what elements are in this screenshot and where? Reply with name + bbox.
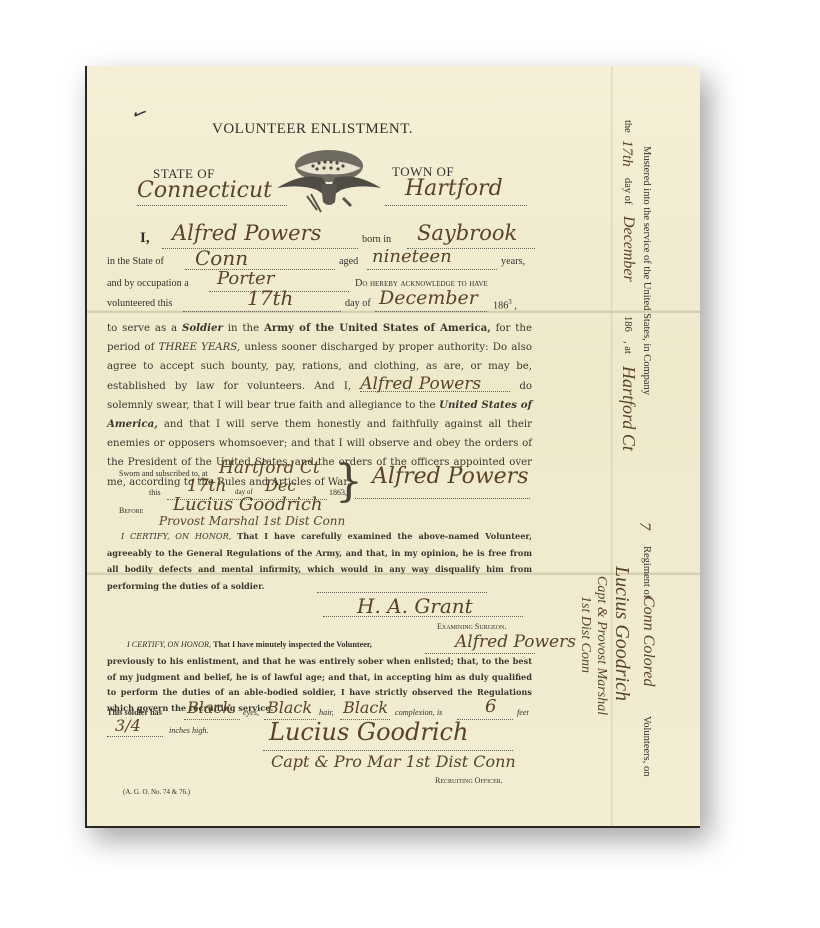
volunteers-label: Volunteers, on (641, 716, 652, 776)
town-value: Hartford (405, 176, 503, 201)
regiment-label: Regiment of (641, 546, 652, 598)
feet-label: feet (517, 708, 529, 717)
surgeon-signature: H. A. Grant (357, 594, 473, 618)
officer-certify-lead: I CERTIFY, ON HONOR, (127, 640, 211, 649)
margin-signature: Lucius Goodrich (610, 566, 633, 701)
officer-signature-line (263, 750, 513, 751)
eagle-shield-icon (277, 148, 381, 214)
officer-rank: Capt & Pro Mar 1st Dist Conn (271, 752, 516, 771)
aged-label: aged (339, 256, 358, 267)
before-signature: Lucius Goodrich (173, 494, 323, 515)
complexion-label: complexion, is (395, 708, 442, 717)
check-mark-icon: ✓ (128, 102, 152, 128)
margin-signature-title-1: Capt & Provost Marshal (593, 576, 609, 715)
form-code: (A. G. O. No. 74 & 76.) (123, 788, 190, 796)
year-suffix: 3 (508, 298, 512, 306)
name-underline (162, 248, 358, 249)
inspected-volunteer: Alfred Powers (455, 632, 576, 652)
aged-value: nineteen (372, 246, 452, 267)
regiment-number: 7 (635, 522, 653, 530)
soldier-text: Soldier (182, 322, 223, 334)
army-text: Army of the United States of America, (264, 322, 491, 334)
state-underline (137, 205, 287, 206)
margin-year: 186 (622, 316, 633, 332)
margin-signature-title-2: 1st Dist Conn (577, 596, 593, 673)
born-in-value: Saybrook (417, 221, 517, 245)
eyes-value: Black (187, 698, 232, 717)
serve-text-2: in the (228, 323, 259, 334)
month-underline (375, 311, 487, 312)
occupation-label: and by occupation a (107, 278, 189, 289)
day-of-label: day of (345, 298, 371, 309)
sworn-this-label: this (149, 488, 161, 497)
volunteer-signature: Alfred Powers (372, 464, 529, 489)
surgeon-certificate: I CERTIFY, ON HONOR, That I have careful… (107, 528, 532, 594)
document-title: VOLUNTEER ENLISTMENT. (212, 121, 413, 138)
inches-label: inches high. (169, 726, 209, 735)
officer-certificate-text: previously to his enlistment, and that h… (107, 654, 532, 716)
i-label: I, (140, 230, 150, 247)
three-years-text: THREE YEARS, (159, 342, 240, 353)
surgeon-signature-line (323, 616, 523, 617)
town-underline (385, 205, 527, 206)
before-label: Before (119, 506, 143, 515)
regiment-state: Conn Colored (639, 596, 657, 687)
state-value: Connecticut (137, 178, 272, 203)
sworn-day: 17th (187, 476, 226, 496)
margin-month: December (619, 216, 637, 282)
margin-at-label: , at (622, 341, 633, 354)
sworn-place: Hartford Ct (219, 458, 320, 478)
surgeon-top-line (317, 592, 487, 593)
year-printed: 1863 , (493, 298, 517, 311)
inches-value: 3/4 (115, 716, 141, 735)
enlistment-document: ✓ VOLUNTEER ENLISTMENT. STATE OF TOWN OF… (85, 66, 700, 828)
serve-text: to serve as a (107, 323, 177, 334)
officer-certify-text: That I have minutely inspected the Volun… (213, 640, 372, 649)
state-of-value: Conn (195, 246, 248, 270)
sworn-month: Dec (265, 476, 296, 495)
officer-signature: Lucius Goodrich (269, 718, 468, 746)
oath-name: Alfred Powers (360, 377, 510, 392)
certify-lead: I CERTIFY, ON HONOR, (107, 531, 231, 541)
aged-underline (367, 269, 497, 270)
officer-title: Recruiting Officer. (435, 776, 503, 785)
margin-day-of-label: day of (622, 178, 633, 205)
feet-value: 6 (485, 696, 496, 717)
volunteered-day: 17th (247, 286, 293, 310)
margin-day: 17th (618, 140, 635, 167)
state-of-label: in the State of (107, 256, 164, 267)
years-label: years, (501, 256, 525, 267)
hair-label: hair, (319, 708, 334, 717)
eyes-label: eyes, (243, 708, 259, 717)
officer-certify-line: I CERTIFY, ON HONOR, That I have minutel… (127, 640, 372, 649)
margin-fold-line (611, 66, 614, 826)
period-text: period of (107, 342, 154, 353)
margin-place: Hartford Ct (618, 366, 639, 451)
mustered-text: Mustered into the service of the United … (641, 146, 652, 395)
surgeon-title: Examining Surgeon. (437, 622, 506, 631)
inches-underline (107, 736, 163, 737)
hair-value: Black (267, 698, 312, 717)
born-in-label: born in (362, 234, 391, 245)
before-title: Provost Marshal 1st Dist Conn (159, 514, 345, 528)
volunteered-month: December (379, 287, 478, 309)
margin-the-label: the (622, 120, 633, 133)
day-underline (183, 311, 341, 312)
volunteer-signature-line (355, 498, 530, 499)
year-text: 186 (493, 300, 508, 311)
eyes-underline (184, 719, 240, 720)
volunteered-label: volunteered this (107, 298, 172, 309)
serve-text-3: for the (496, 323, 532, 334)
complexion-value: Black (343, 698, 388, 717)
volunteer-name: Alfred Powers (172, 221, 321, 245)
